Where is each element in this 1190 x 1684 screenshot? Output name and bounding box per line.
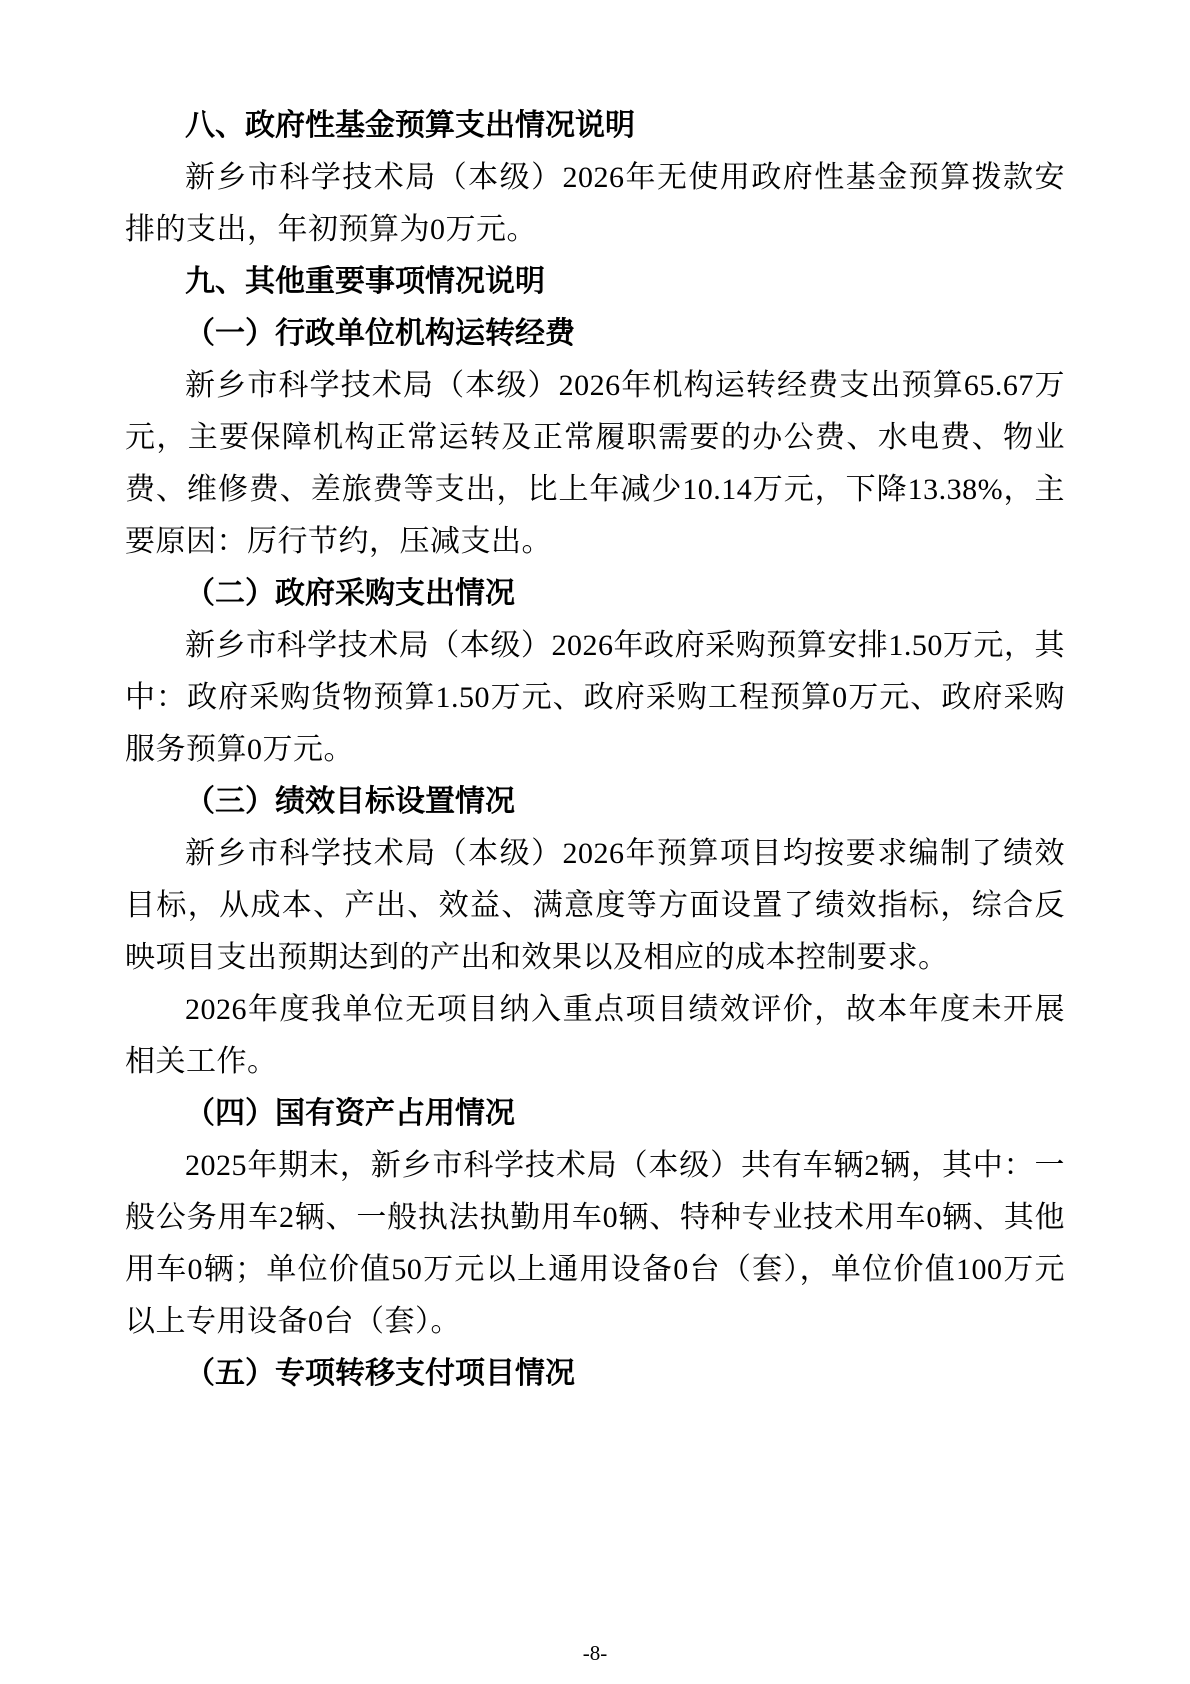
document-page: 八、政府性基金预算支出情况说明新乡市科学技术局（本级）2026年无使用政府性基金… <box>0 0 1190 1684</box>
page-number: -8- <box>0 1641 1190 1666</box>
sub-heading: （五）专项转移支付项目情况 <box>125 1348 1065 1400</box>
paragraph: 2025年期末，新乡市科学技术局（本级）共有车辆2辆，其中：一般公务用车2辆、一… <box>125 1140 1065 1348</box>
section-heading: 八、政府性基金预算支出情况说明 <box>125 100 1065 152</box>
paragraph: 新乡市科学技术局（本级）2026年预算项目均按要求编制了绩效目标，从成本、产出、… <box>125 828 1065 984</box>
sub-heading: （二）政府采购支出情况 <box>125 568 1065 620</box>
sub-heading: （三）绩效目标设置情况 <box>125 776 1065 828</box>
sub-heading: （一）行政单位机构运转经费 <box>125 308 1065 360</box>
section-heading: 九、其他重要事项情况说明 <box>125 256 1065 308</box>
document-body: 八、政府性基金预算支出情况说明新乡市科学技术局（本级）2026年无使用政府性基金… <box>125 100 1065 1400</box>
sub-heading: （四）国有资产占用情况 <box>125 1088 1065 1140</box>
paragraph: 2026年度我单位无项目纳入重点项目绩效评价，故本年度未开展相关工作。 <box>125 984 1065 1088</box>
paragraph: 新乡市科学技术局（本级）2026年机构运转经费支出预算65.67万元，主要保障机… <box>125 360 1065 568</box>
paragraph: 新乡市科学技术局（本级）2026年无使用政府性基金预算拨款安排的支出，年初预算为… <box>125 152 1065 256</box>
paragraph: 新乡市科学技术局（本级）2026年政府采购预算安排1.50万元，其中：政府采购货… <box>125 620 1065 776</box>
